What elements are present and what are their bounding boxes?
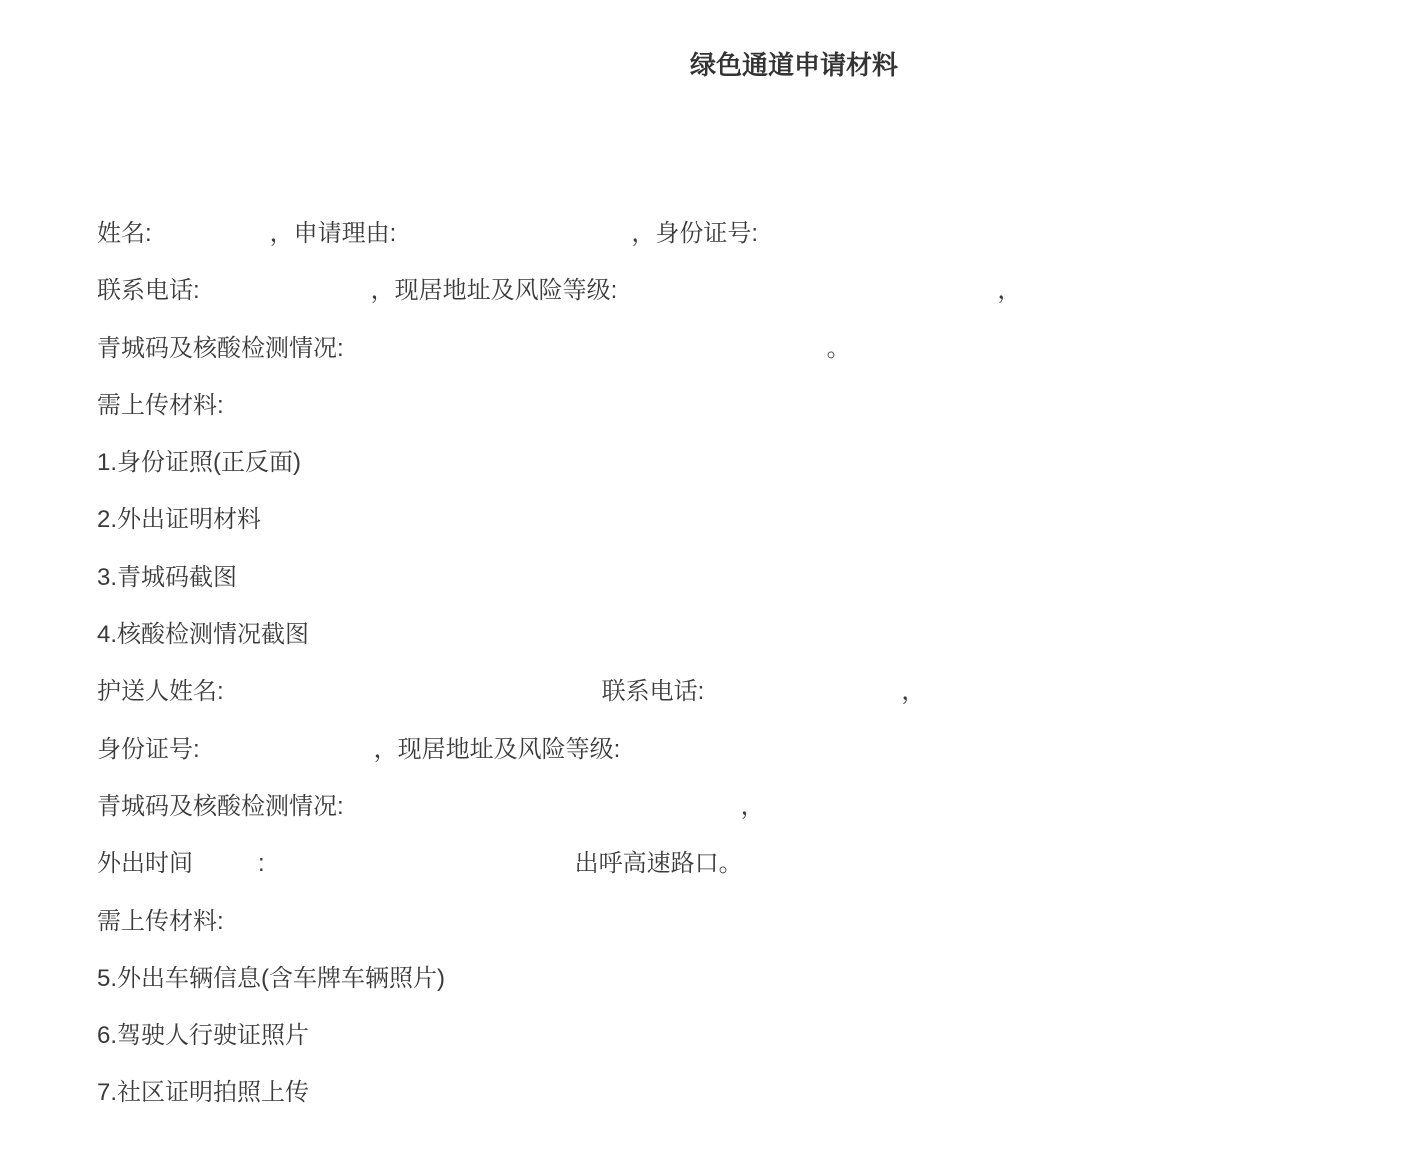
trailing-comma: ， (997, 277, 1021, 304)
escort-phone-label: 联系电话: (602, 678, 705, 705)
departure-time-label: 外出时间 (97, 850, 193, 877)
applicant-id-label: ，身份证号: (631, 220, 758, 247)
blank-field-applicant-health-code (344, 354, 827, 356)
blank-field-applicant-name (152, 239, 270, 241)
applicant-name-line: 姓名:，申请理由:，身份证号: (97, 205, 1021, 262)
applicant-phone-label: 联系电话: (97, 277, 200, 304)
blank-field-applicant-phone (200, 296, 371, 298)
blank-field-departure-time (265, 869, 575, 871)
material-item-label: 2.外出证明材料 (97, 506, 261, 533)
escort-health-code-line: 青城码及核酸检测情况:， (97, 778, 1021, 835)
escort-id-label: 身份证号: (97, 736, 200, 763)
material-item-7: 7.社区证明拍照上传 (97, 1064, 1021, 1121)
escort-health-code-label: 青城码及核酸检测情况: (97, 793, 344, 820)
material-item-6: 6.驾驶人行驶证照片 (97, 1007, 1021, 1064)
material-item-label: 7.社区证明拍照上传 (97, 1079, 309, 1106)
material-item-label: 4.核酸检测情况截图 (97, 621, 309, 648)
blank-field-escort-phone (704, 697, 901, 699)
trailing-comma: ， (741, 793, 765, 820)
document-page: { "document_title": "绿色通道申请材料", "colors"… (0, 0, 1422, 1172)
blank-field-escort-id (200, 755, 374, 757)
escort-id-line: 身份证号:，现居地址及风险等级: (97, 721, 1021, 778)
departure-time-colon: : (258, 850, 265, 877)
blank-field-escort-health-code (344, 812, 741, 814)
applicant-reason-label: ，申请理由: (270, 220, 397, 247)
applicant-phone-line: 联系电话:，现居地址及风险等级:， (97, 262, 1021, 319)
applicant-upload-heading: 需上传材料: (97, 377, 1021, 434)
material-item-label: 5.外出车辆信息(含车牌车辆照片) (97, 965, 445, 992)
blank-field-applicant-address (617, 296, 997, 298)
escort-address-risk-label: ，现居地址及风险等级: (374, 736, 621, 763)
blank-field-escort-name (224, 697, 602, 699)
material-item-1: 1.身份证照(正反面) (97, 434, 1021, 491)
escort-name-line: 护送人姓名:联系电话:， (97, 663, 1021, 720)
departure-suffix-label: 出呼高速路口。 (575, 850, 743, 877)
upload-heading-label: 需上传材料: (97, 908, 224, 935)
document-title: 绿色通道申请材料 (97, 45, 1422, 82)
trailing-comma: ， (901, 678, 925, 705)
departure-time-colon-gap (193, 869, 258, 871)
material-item-3: 3.青城码截图 (97, 549, 1021, 606)
escort-name-label: 护送人姓名: (97, 678, 224, 705)
departure-time-line: 外出时间:出呼高速路口。 (97, 835, 1021, 892)
applicant-health-code-label: 青城码及核酸检测情况: (97, 335, 344, 362)
upload-heading-label: 需上传材料: (97, 392, 224, 419)
document-body: 姓名:，申请理由:，身份证号: 联系电话:，现居地址及风险等级:， 青城码及核酸… (97, 205, 1021, 1122)
applicant-name-label: 姓名: (97, 220, 152, 247)
material-item-4: 4.核酸检测情况截图 (97, 606, 1021, 663)
applicant-address-risk-label: ，现居地址及风险等级: (371, 277, 618, 304)
material-item-label: 3.青城码截图 (97, 564, 237, 591)
material-item-label: 1.身份证照(正反面) (97, 449, 301, 476)
blank-field-applicant-reason (396, 239, 631, 241)
trailing-period: 。 (827, 335, 851, 362)
material-item-2: 2.外出证明材料 (97, 491, 1021, 548)
material-item-label: 6.驾驶人行驶证照片 (97, 1022, 309, 1049)
applicant-health-code-line: 青城码及核酸检测情况:。 (97, 320, 1021, 377)
material-item-5: 5.外出车辆信息(含车牌车辆照片) (97, 950, 1021, 1007)
escort-upload-heading: 需上传材料: (97, 893, 1021, 950)
